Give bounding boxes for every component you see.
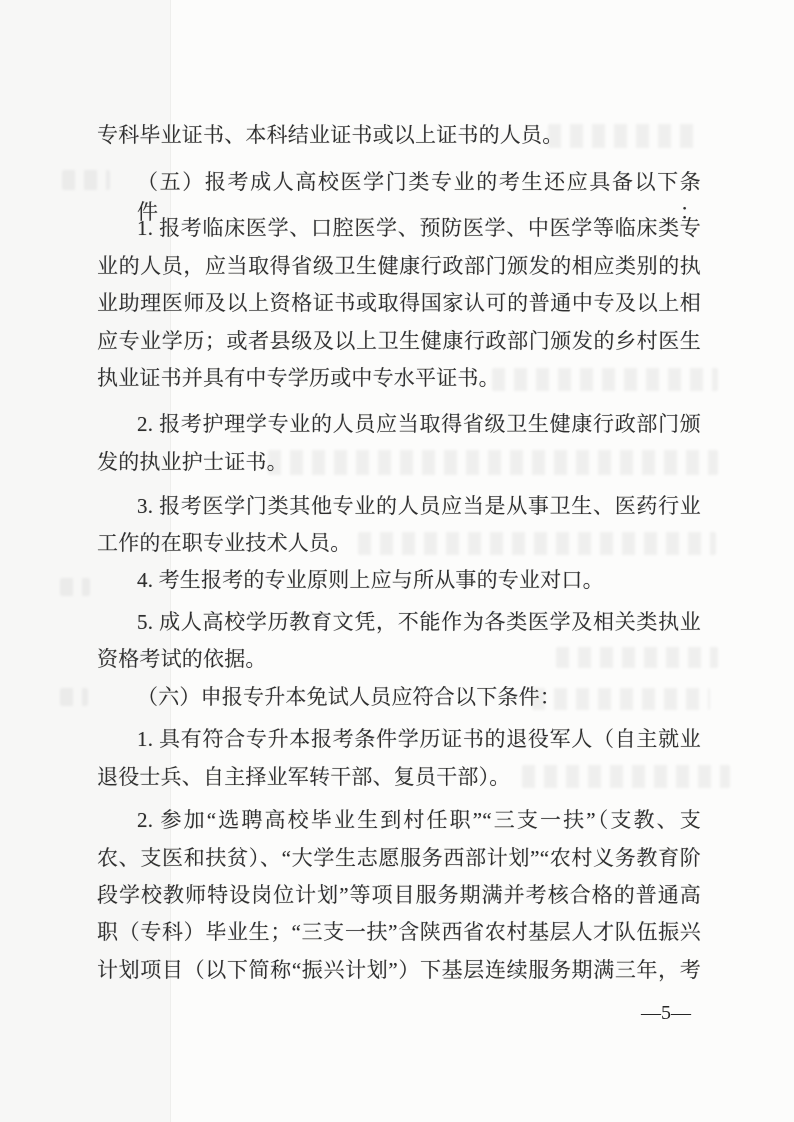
text-line: （五）报考成人高校医学门类专业的考生还应具备以下条件：: [97, 167, 701, 197]
text-line: 执业证书并具有中专学历或中专水平证书。: [97, 363, 701, 393]
text-line: 计划项目（以下简称“振兴计划”）下基层连续服务期满三年，考: [97, 955, 701, 985]
text-line: 4. 考生报考的专业原则上应与所从事的专业对口。: [97, 565, 701, 595]
page-number: —5—: [630, 1000, 702, 1026]
text-line: 资格考试的依据。: [97, 644, 701, 674]
text-line: 3. 报考医学门类其他专业的人员应当是从事卫生、医药行业: [97, 491, 701, 521]
text-line: 业助理医师及以上资格证书或取得国家认可的普通中专及以上相: [97, 288, 701, 318]
text-line: 退役士兵、自主择业军转干部、复员干部）。: [97, 762, 701, 792]
text-line: 段学校教师特设岗位计划”等项目服务期满并考核合格的普通高: [97, 880, 701, 910]
text-line: 应专业学历；或者县级及以上卫生健康行政部门颁发的乡村医生: [97, 326, 701, 356]
text-line: 1. 报考临床医学、口腔医学、预防医学、中医学等临床类专: [97, 213, 701, 243]
bleed-through-artifact: [60, 688, 88, 706]
text-line: 业的人员，应当取得省级卫生健康行政部门颁发的相应类别的执: [97, 251, 701, 281]
text-line: 专科毕业证书、本科结业证书或以上证书的人员。: [97, 120, 701, 150]
text-line: 职（专科）毕业生；“三支一扶”含陕西省农村基层人才队伍振兴: [97, 917, 701, 947]
text-line: 发的执业护士证书。: [97, 447, 701, 477]
bleed-through-artifact: [60, 578, 90, 596]
text-line: 工作的在职专业技术人员。: [97, 528, 701, 558]
text-line: 1. 具有符合专升本报考条件学历证书的退役军人（自主就业: [97, 724, 701, 754]
text-line: 5. 成人高校学历教育文凭，不能作为各类医学及相关类执业: [97, 607, 701, 637]
text-line: 农、支医和扶贫）、“大学生志愿服务西部计划”“农村义务教育阶: [97, 843, 701, 873]
text-line: 2. 参加“选聘高校毕业生到村任职”“三支一扶”（支教、支: [97, 805, 701, 835]
document-page: 专科毕业证书、本科结业证书或以上证书的人员。 （五）报考成人高校医学门类专业的考…: [0, 0, 794, 1122]
text-line: （六）申报专升本免试人员应符合以下条件：: [97, 682, 701, 712]
text-line: 2. 报考护理学专业的人员应当取得省级卫生健康行政部门颁: [97, 409, 701, 439]
